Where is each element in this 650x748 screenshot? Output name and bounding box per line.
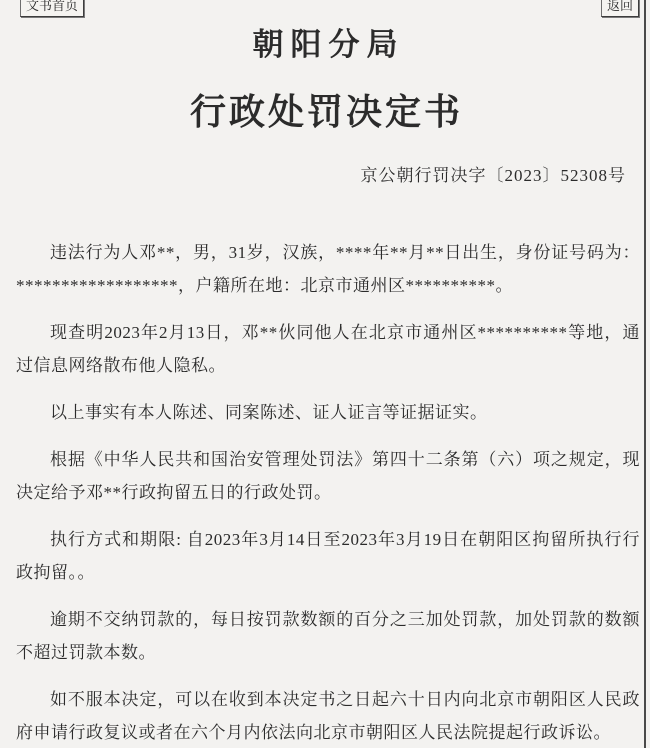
paragraph-legal-basis: 根据《中华人民共和国治安管理处罚法》第四十二条第（六）项之规定，现决定给予邓**… bbox=[16, 443, 640, 509]
document-number: 京公朝行罚决字〔2023〕52308号 bbox=[0, 164, 626, 188]
document-title: 行政处罚决定书 bbox=[0, 91, 650, 134]
paragraph-late-fine: 逾期不交纳罚款的，每日按罚款数额的百分之三加处罚款，加处罚款的数额不超过罚款本数… bbox=[16, 603, 640, 669]
penalty-decision-page: 文书首页 返回 朝阳分局 行政处罚决定书 京公朝行罚决字〔2023〕52308号… bbox=[0, 26, 650, 748]
paragraph-violator-info: 违法行为人邓**，男，31岁，汉族，****年**月**日出生，身份证号码为：*… bbox=[16, 236, 640, 302]
paragraph-execution: 执行方式和期限: 自2023年3月14日至2023年3月19日在朝阳区拘留所执行… bbox=[16, 523, 640, 589]
agency-title: 朝阳分局 bbox=[0, 26, 650, 63]
paragraph-facts: 现查明2023年2月13日，邓**伙同他人在北京市通州区**********等地… bbox=[16, 316, 640, 382]
paragraph-appeal-rights: 如不服本决定，可以在收到本决定书之日起六十日内向北京市朝阳区人民政府申请行政复议… bbox=[16, 683, 640, 748]
back-button[interactable]: 返回 bbox=[601, 0, 639, 17]
frame-right-border bbox=[644, 0, 646, 748]
document-body: 违法行为人邓**，男，31岁，汉族，****年**月**日出生，身份证号码为：*… bbox=[16, 236, 640, 748]
doc-home-button[interactable]: 文书首页 bbox=[20, 0, 84, 17]
paragraph-evidence: 以上事实有本人陈述、同案陈述、证人证言等证据证实。 bbox=[16, 396, 640, 429]
